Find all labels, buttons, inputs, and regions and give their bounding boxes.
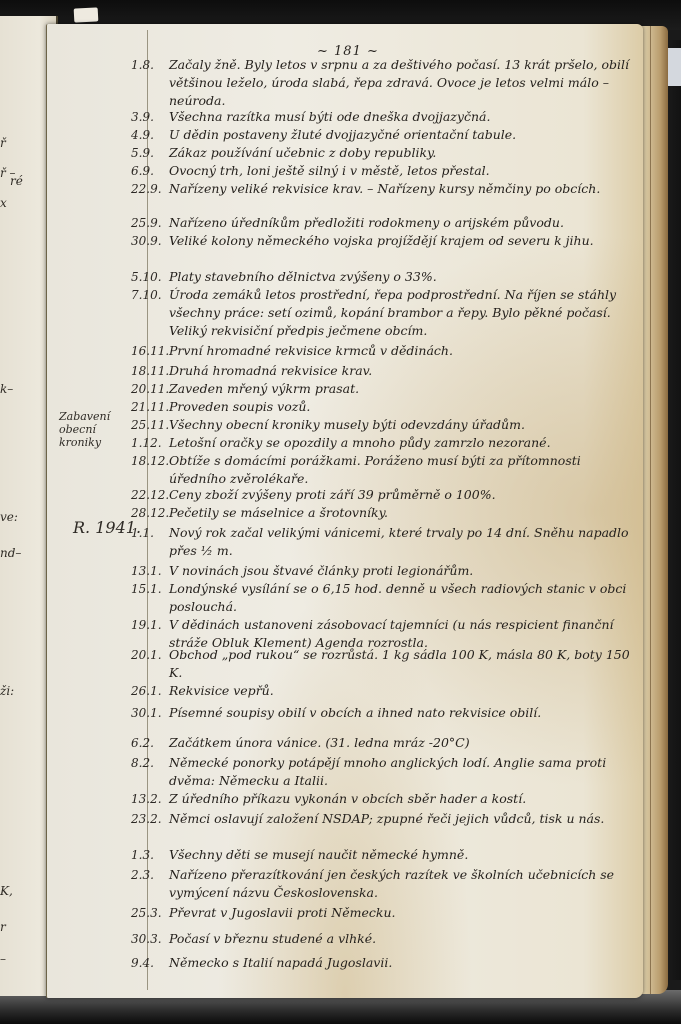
entry-date: 18.12. <box>131 452 167 470</box>
left-page-fragment: ř <box>0 136 6 150</box>
entry-text: Začátkem února vánice. (31. ledna mráz -… <box>169 734 641 752</box>
chronicle-entry: 22.12.Ceny zboží zvýšeny proti září 39 p… <box>131 486 641 504</box>
entry-text: Ovocný trh, loni ještě silný i v městě, … <box>169 162 641 180</box>
chronicle-entry: 25.3.Převrat v Jugoslavii proti Německu. <box>131 904 641 922</box>
entry-text: Druhá hromadná rekvisice krav. <box>169 362 641 380</box>
entry-text: Zákaz používání učebnic z doby republiky… <box>169 144 641 162</box>
entry-date: 25.11. <box>131 416 167 434</box>
entry-date: 15.1. <box>131 580 167 598</box>
entry-text: Němci oslavují založení NSDAP; zpupné ře… <box>169 810 641 828</box>
entry-text: Nový rok začal velikými vánicemi, které … <box>169 524 641 560</box>
entry-text: První hromadné rekvisice krmců v dědinác… <box>169 342 641 360</box>
left-page-fragment: – <box>0 952 6 966</box>
entry-text: Všechna razítka musí býti ode dneška dvo… <box>169 108 641 126</box>
chronicle-entry: 2.3.Nařízeno přerazítkování jen českých … <box>131 866 641 902</box>
chronicle-entry: 26.1.Rekvisice vepřů. <box>131 682 641 700</box>
chronicle-entry: 20.1.Obchod „pod rukou“ se rozrůstá. 1 k… <box>131 646 641 682</box>
entry-date: 6.9. <box>131 162 167 180</box>
chronicle-entry: 30.3.Počasí v březnu studené a vlhké. <box>131 930 641 948</box>
left-page-fragment: k– <box>0 382 13 396</box>
entry-text: Obtíže s domácími porážkami. Poráženo mu… <box>169 452 641 488</box>
chronicle-entry: 30.9.Veliké kolony německého vojska proj… <box>131 232 641 250</box>
entry-text: Nařízeno přerazítkování jen českých razí… <box>169 866 641 902</box>
left-page-fragment: ži: <box>0 684 14 698</box>
chronicle-entry: 1.3.Všechny děti se musejí naučit německ… <box>131 846 641 864</box>
entry-date: 9.4. <box>131 954 167 972</box>
left-page-fragment: ve: <box>0 510 18 524</box>
entry-date: 7.10. <box>131 286 167 304</box>
entry-date: 5.9. <box>131 144 167 162</box>
entry-date: 1.12. <box>131 434 167 452</box>
chronicle-entry: 3.9.Všechna razítka musí býti ode dneška… <box>131 108 641 126</box>
entry-text: Začaly žně. Byly letos v srpnu a za dešt… <box>169 56 641 110</box>
chronicle-entry: 23.2.Němci oslavují založení NSDAP; zpup… <box>131 810 641 828</box>
entry-date: 13.1. <box>131 562 167 580</box>
entry-text: Převrat v Jugoslavii proti Německu. <box>169 904 641 922</box>
entry-text: Z úředního příkazu vykonán v obcích sběr… <box>169 790 641 808</box>
page-edge-line <box>650 26 651 994</box>
entry-date: 18.11. <box>131 362 167 380</box>
entry-date: 20.1. <box>131 646 167 664</box>
chronicle-entry: 30.1.Písemné soupisy obilí v obcích a ih… <box>131 704 641 722</box>
entry-text: Všechny děti se musejí naučit německé hy… <box>169 846 641 864</box>
chronicle-entry: 6.2.Začátkem února vánice. (31. ledna mr… <box>131 734 641 752</box>
chronicle-entry: 9.4.Německo s Italií napadá Jugoslavii. <box>131 954 641 972</box>
chronicle-entry: 21.11.Proveden soupis vozů. <box>131 398 641 416</box>
entry-date: 3.9. <box>131 108 167 126</box>
entry-date: 25.3. <box>131 904 167 922</box>
entry-date: 30.1. <box>131 704 167 722</box>
entry-text: Ceny zboží zvýšeny proti září 39 průměrn… <box>169 486 641 504</box>
entry-text: Rekvisice vepřů. <box>169 682 641 700</box>
chronicle-entry: 15.1.Londýnské vysílání se o 6,15 hod. d… <box>131 580 641 616</box>
entry-date: 30.9. <box>131 232 167 250</box>
entry-text: Letošní oračky se opozdily a mnoho půdy … <box>169 434 641 452</box>
chronicle-entry: 5.10.Platy stavebního dělnictva zvýšeny … <box>131 268 641 286</box>
chronicle-entry: 16.11.První hromadné rekvisice krmců v d… <box>131 342 641 360</box>
entry-text: Nařízeno úředníkům předložiti rodokmeny … <box>169 214 641 232</box>
entry-date: 6.2. <box>131 734 167 752</box>
entry-text: Obchod „pod rukou“ se rozrůstá. 1 kg sád… <box>169 646 641 682</box>
entry-date: 19.1. <box>131 616 167 634</box>
entry-text: Německo s Italií napadá Jugoslavii. <box>169 954 641 972</box>
entry-date: 1.1. <box>131 524 167 542</box>
margin-note-confiscation: Zabavení obecní kroniky <box>59 410 139 449</box>
entry-text: Zaveden mřený výkrm prasat. <box>169 380 641 398</box>
chronicle-entry: 1.1.Nový rok začal velikými vánicemi, kt… <box>131 524 641 560</box>
entry-text: V novinách jsou štvavé články proti legi… <box>169 562 641 580</box>
chronicle-entry: 4.9.U dědin postaveny žluté dvojjazyčné … <box>131 126 641 144</box>
left-page-fragment: nd– <box>0 546 21 560</box>
entry-text: Veliké kolony německého vojska projížděj… <box>169 232 641 250</box>
chronicle-entry: 1.8.Začaly žně. Byly letos v srpnu a za … <box>131 56 641 110</box>
chronicle-entry: 18.11.Druhá hromadná rekvisice krav. <box>131 362 641 380</box>
chronicle-entry: 22.9.Nařízeny veliké rekvisice krav. – N… <box>131 180 641 198</box>
chronicle-entry: 6.9.Ovocný trh, loni ještě silný i v měs… <box>131 162 641 180</box>
chronicle-entry: 25.11.Všechny obecní kroniky musely býti… <box>131 416 641 434</box>
chronicle-entry: 1.12.Letošní oračky se opozdily a mnoho … <box>131 434 641 452</box>
entry-date: 26.1. <box>131 682 167 700</box>
entry-date: 22.12. <box>131 486 167 504</box>
entry-date: 1.3. <box>131 846 167 864</box>
entry-text: Úroda zemáků letos prostřední, řepa podp… <box>169 286 641 340</box>
entry-text: Nařízeny veliké rekvisice krav. – Naříze… <box>169 180 641 198</box>
entry-date: 22.9. <box>131 180 167 198</box>
chronicle-entry: 18.12.Obtíže s domácími porážkami. Poráž… <box>131 452 641 488</box>
entry-date: 2.3. <box>131 866 167 884</box>
entry-date: 1.8. <box>131 56 167 74</box>
entry-date: 28.12. <box>131 504 167 522</box>
left-page-fragment: ré <box>10 174 23 188</box>
chronicle-entry: 20.11.Zaveden mřený výkrm prasat. <box>131 380 641 398</box>
entry-text: Německé ponorky potápějí mnoho anglickýc… <box>169 754 641 790</box>
chronicle-entry: 5.9.Zákaz používání učebnic z doby repub… <box>131 144 641 162</box>
entry-text: Proveden soupis vozů. <box>169 398 641 416</box>
entry-text: Všechny obecní kroniky musely býti odevz… <box>169 416 641 434</box>
chronicle-entry: 7.10.Úroda zemáků letos prostřední, řepa… <box>131 286 641 340</box>
chronicle-page: ~ 181 ~ Zabavení obecní kroniky R. 1941.… <box>46 24 643 998</box>
entry-date: 20.11. <box>131 380 167 398</box>
left-page-fragment: r <box>0 920 6 934</box>
entry-date: 23.2. <box>131 810 167 828</box>
entry-date: 21.11. <box>131 398 167 416</box>
entry-date: 30.3. <box>131 930 167 948</box>
entry-text: Pečetily se máselnice a šrotovníky. <box>169 504 641 522</box>
chronicle-entry: 25.9.Nařízeno úředníkům předložiti rodok… <box>131 214 641 232</box>
chronicle-entry: 8.2.Německé ponorky potápějí mnoho angli… <box>131 754 641 790</box>
paper-tab-marker <box>74 7 99 22</box>
left-page-fragment: x <box>0 196 7 210</box>
entry-text: Počasí v březnu studené a vlhké. <box>169 930 641 948</box>
chronicle-entry: 28.12.Pečetily se máselnice a šrotovníky… <box>131 504 641 522</box>
entry-text: Písemné soupisy obilí v obcích a ihned n… <box>169 704 641 722</box>
chronicle-entry: 13.1.V novinách jsou štvavé články proti… <box>131 562 641 580</box>
left-page-fragment: K, <box>0 884 13 898</box>
entry-date: 25.9. <box>131 214 167 232</box>
entry-date: 8.2. <box>131 754 167 772</box>
entry-text: U dědin postaveny žluté dvojjazyčné orie… <box>169 126 641 144</box>
chronicle-entry: 13.2.Z úředního příkazu vykonán v obcích… <box>131 790 641 808</box>
entry-date: 16.11. <box>131 342 167 360</box>
entry-text: Platy stavebního dělnictva zvýšeny o 33%… <box>169 268 641 286</box>
entry-date: 13.2. <box>131 790 167 808</box>
entry-text: Londýnské vysílání se o 6,15 hod. denně … <box>169 580 641 616</box>
entry-date: 5.10. <box>131 268 167 286</box>
entry-date: 4.9. <box>131 126 167 144</box>
